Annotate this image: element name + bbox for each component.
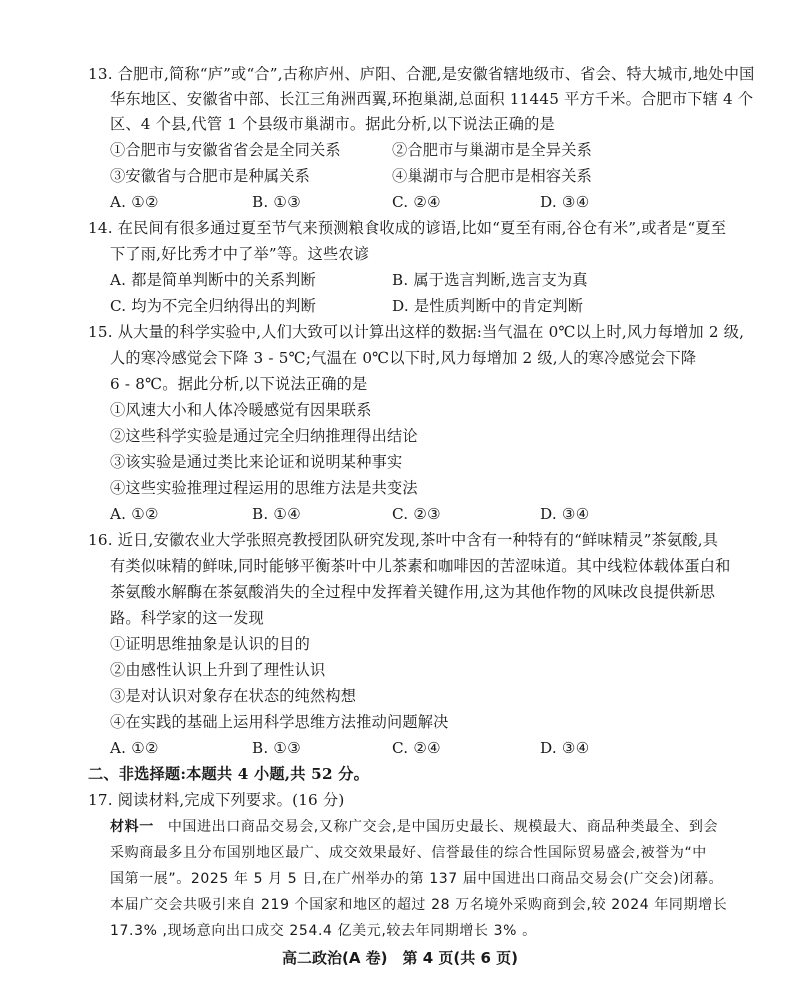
question-stem-line: 区、4 个县,代管 1 个县级市巢湖市。据此分析,以下说法正确的是 bbox=[110, 114, 555, 134]
statement-1: ①风速大小和人体冷暖感觉有因果联系 bbox=[110, 400, 372, 420]
material-line: 国第一展”。2025 年 5 月 5 日,在广州举办的第 137 届中国进出口商… bbox=[110, 869, 723, 889]
material-text: 中国进出口商品交易会,又称广交会,是中国历史最长、规模最大、商品种类最全、到会 bbox=[168, 819, 718, 835]
question-stem-line: 路。科学家的这一发现 bbox=[110, 608, 264, 628]
statement-2: ②这些科学实验是通过完全归纳推理得出结论 bbox=[110, 426, 418, 446]
exam-page: 13. 合肥市,简称“庐”或“合”,古称庐州、庐阳、合淝,是安徽省辖地级市、省会… bbox=[0, 0, 800, 990]
option-d: D. ③④ bbox=[540, 192, 590, 212]
material-line: 采购商最多且分布国别地区最广、成交效果最好、信誉最佳的综合性国际贸易盛会,被誉为… bbox=[110, 843, 707, 863]
material-line: 17.3% ,现场意向出口成交 254.4 亿美元,较去年同期增长 3% 。 bbox=[110, 921, 537, 941]
material-line: 本届广交会共吸引来自 219 个国家和地区的超过 28 万名境外采购商到会,较 … bbox=[110, 895, 727, 915]
statement-4: ④在实践的基础上运用科学思维方法推动问题解决 bbox=[110, 712, 449, 732]
option-b: B. ①③ bbox=[252, 738, 301, 758]
option-d: D. 是性质判断中的肯定判断 bbox=[392, 296, 583, 316]
question-stem-line: 人的寒冷感觉会下降 3 - 5℃;气温在 0℃以下时,风力每增加 2 级,人的寒… bbox=[110, 348, 696, 368]
option-c: C. ②④ bbox=[392, 192, 441, 212]
question-stem-line: 13. 合肥市,简称“庐”或“合”,古称庐州、庐阳、合淝,是安徽省辖地级市、省会… bbox=[88, 64, 754, 84]
statement-1: ①合肥市与安徽省省会是全同关系 bbox=[110, 140, 341, 160]
statement-4: ④巢湖市与合肥市是相容关系 bbox=[392, 166, 592, 186]
statement-3: ③该实验是通过类比来论证和说明某种事实 bbox=[110, 452, 402, 472]
option-b: B. ①④ bbox=[252, 504, 301, 524]
question-stem-line: 15. 从大量的科学实验中,人们大致可以计算出这样的数据:当气温在 0℃以上时,… bbox=[88, 322, 744, 342]
question-stem-line: 有类似味精的鲜味,同时能够平衡茶叶中儿茶素和咖啡因的苦涩味道。其中线粒体载体蛋白… bbox=[110, 556, 731, 576]
material-label: 材料一 bbox=[110, 819, 154, 835]
statement-1: ①证明思维抽象是认识的目的 bbox=[110, 634, 310, 654]
option-a: A. ①② bbox=[110, 738, 159, 758]
option-b: B. ①③ bbox=[252, 192, 301, 212]
question-stem-line: 14. 在民间有很多通过夏至节气来预测粮食收成的谚语,比如“夏至有雨,谷仓有米”… bbox=[88, 218, 726, 238]
question-stem-line: 华东地区、安徽省中部、长江三角洲西翼,环抱巢湖,总面积 11445 平方千米。合… bbox=[110, 89, 753, 109]
option-c: C. ②③ bbox=[392, 504, 441, 524]
option-d: D. ③④ bbox=[540, 504, 590, 524]
option-c: C. ②④ bbox=[392, 738, 441, 758]
material-line: 材料一中国进出口商品交易会,又称广交会,是中国历史最长、规模最大、商品种类最全、… bbox=[110, 817, 718, 837]
option-a: A. ①② bbox=[110, 192, 159, 212]
option-c: C. 均为不完全归纳得出的判断 bbox=[110, 296, 316, 316]
question-stem-line: 6 - 8℃。据此分析,以下说法正确的是 bbox=[110, 374, 367, 394]
option-b: B. 属于选言判断,选言支为真 bbox=[392, 270, 588, 290]
statement-2: ②由感性认识上升到了理性认识 bbox=[110, 660, 325, 680]
statement-2: ②合肥市与巢湖市是全异关系 bbox=[392, 140, 592, 160]
option-a: A. 都是简单判断中的关系判断 bbox=[110, 270, 316, 290]
question-stem-line: 茶氨酸水解酶在茶氨酸消失的全过程中发挥着关键作用,这为其他作物的风味改良提供新思 bbox=[110, 582, 715, 602]
option-a: A. ①② bbox=[110, 504, 159, 524]
statement-4: ④这些实验推理过程运用的思维方法是共变法 bbox=[110, 478, 418, 498]
question-stem-line: 16. 近日,安徽农业大学张照亮教授团队研究发现,茶叶中含有一种特有的“鲜味精灵… bbox=[88, 530, 718, 550]
section-heading: 二、非选择题:本题共 4 小题,共 52 分。 bbox=[88, 764, 369, 784]
page-footer: 高二政治(A 卷) 第 4 页(共 6 页) bbox=[0, 947, 800, 968]
question-stem-line: 17. 阅读材料,完成下列要求。(16 分) bbox=[88, 790, 344, 810]
statement-3: ③是对认识对象存在状态的纯然构想 bbox=[110, 686, 356, 706]
statement-3: ③安徽省与合肥市是种属关系 bbox=[110, 166, 310, 186]
question-stem-line: 下了雨,好比秀才中了举”等。这些农谚 bbox=[110, 244, 369, 264]
option-d: D. ③④ bbox=[540, 738, 590, 758]
